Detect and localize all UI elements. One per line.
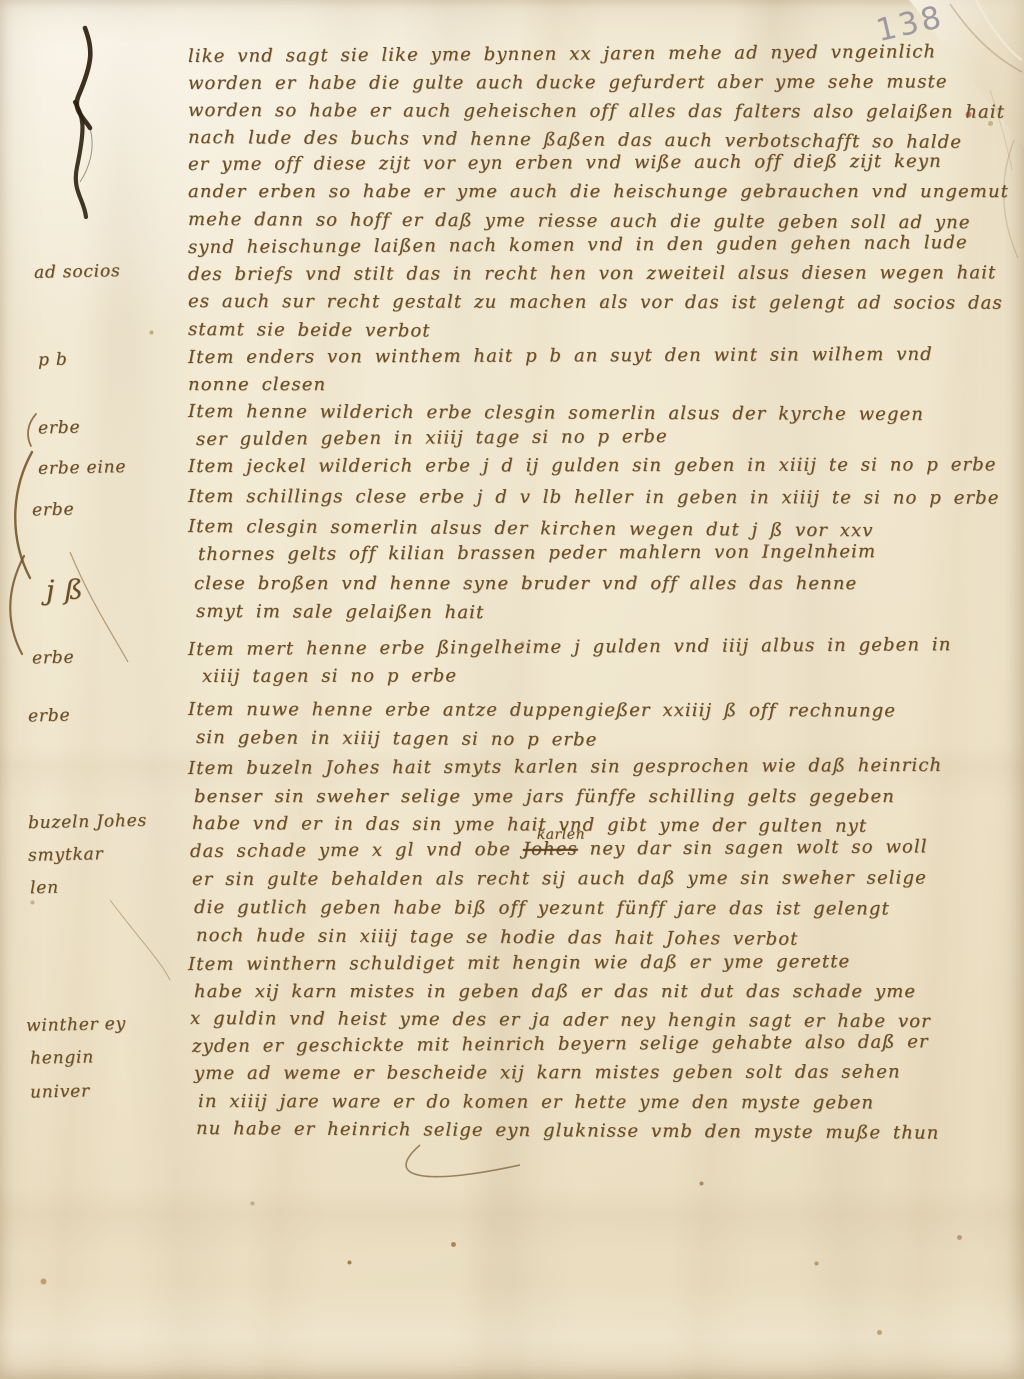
text-line: Item schillings clese erbe j d v lb hell… — [188, 485, 1000, 511]
line-segment: das schade yme x gl vnd obe — [190, 839, 523, 862]
text-line: ander erben so habe er yme auch die heis… — [188, 180, 1009, 204]
text-line: synd heischunge laißen nach komen vnd in… — [188, 231, 968, 260]
text-line: habe xij karn mistes in geben daß er das… — [194, 980, 916, 1004]
text-line: des briefs vnd stilt das in recht hen vo… — [188, 261, 996, 287]
text-line: zyden er geschickte mit heinrich beyern … — [192, 1030, 929, 1059]
text-lines: like vnd sagt sie like yme bynnen xx jar… — [0, 0, 1024, 1379]
text-line: xiiij tagen si no p erbe — [202, 664, 457, 689]
text-line: das schade yme x gl vnd obe karlenJohes … — [190, 835, 928, 864]
text-line: sin geben in xiiij tagen si no p erbe — [196, 726, 598, 753]
text-line: er sin gulte behalden als recht sij auch… — [192, 866, 927, 892]
text-line: Item enders von winthem hait p b an suyt… — [188, 343, 933, 370]
text-line: noch hude sin xiiij tage se hodie das ha… — [196, 924, 799, 952]
text-line: Item jeckel wilderich erbe j d ij gulden… — [188, 453, 997, 479]
text-line: die gutlich geben habe biß off yezunt fü… — [194, 896, 890, 921]
line-segment: ney dar sin sagen wolt so woll — [578, 836, 928, 859]
text-line: nu habe er heinrich selige eyn gluknisse… — [196, 1117, 940, 1146]
text-line: Item nuwe henne erbe antze duppengießer … — [188, 698, 896, 723]
text-line: thornes gelts off kilian brassen peder m… — [198, 540, 876, 567]
text-line: worden so habe er auch geheischen off al… — [188, 99, 1005, 125]
text-line: stamt sie beide verbot — [188, 318, 431, 344]
text-line: yme ad weme er bescheide xij karn mistes… — [194, 1061, 901, 1086]
text-line: habe vnd er in das sin yme hait vnd gibt… — [192, 812, 867, 839]
text-line: Item clesgin somerlin alsus der kirchen … — [188, 515, 874, 543]
text-line: clese broßen vnd henne syne bruder vnd o… — [194, 572, 857, 596]
text-line: Item mert henne erbe ßingelheime j gulde… — [188, 633, 952, 662]
inserted-word: karlen — [537, 823, 585, 847]
text-line: er yme off diese zijt vor eyn erben vnd … — [188, 150, 942, 177]
text-line: ser gulden geben in xiiij tage si no p e… — [196, 425, 668, 452]
text-line: es auch sur recht gestalt zu machen als … — [188, 290, 1003, 316]
text-line: in xiiij jare ware er do komen er hette … — [198, 1090, 874, 1115]
manuscript-page: 138 ad sociosp berbeerbe eineerbej ßerbe… — [0, 0, 1024, 1379]
text-line: nonne clesen — [188, 373, 326, 397]
text-line: worden er habe die gulte auch ducke gefu… — [188, 70, 948, 96]
correction: karlenJohes — [523, 838, 578, 862]
text-line: Item henne wilderich erbe clesgin somerl… — [188, 400, 924, 427]
text-line: Item winthern schuldiget mit hengin wie … — [188, 950, 850, 977]
text-line: x guldin vnd heist yme des er ja ader ne… — [190, 1007, 931, 1034]
text-line: benser sin sweher selige yme jars fünffe… — [194, 785, 895, 809]
text-line: smyt im sale gelaißen hait — [196, 600, 485, 625]
text-line: like vnd sagt sie like yme bynnen xx jar… — [188, 40, 936, 69]
text-line: Item buzeln Johes hait smyts karlen sin … — [188, 754, 942, 781]
